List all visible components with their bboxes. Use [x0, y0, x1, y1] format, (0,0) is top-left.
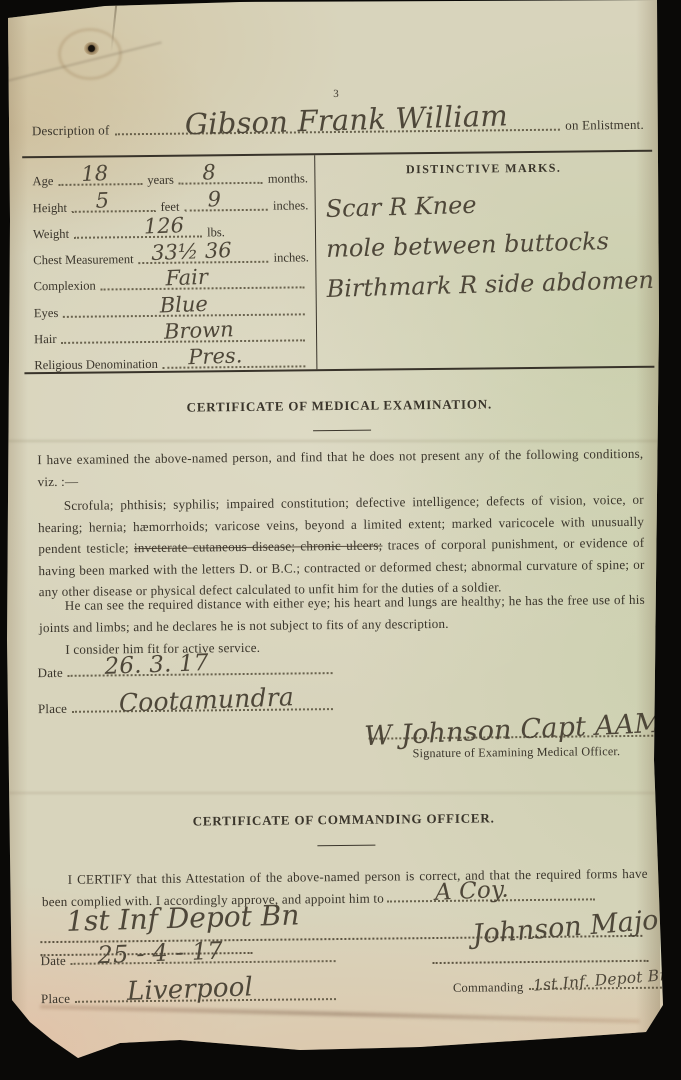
- field-unit: months.: [268, 172, 308, 187]
- signature-line: W Johnson Capt AAMC: [368, 735, 664, 740]
- enlistment-label: on Enlistment.: [565, 117, 644, 134]
- field-label: Eyes: [34, 306, 59, 321]
- field-value-handwritten: 9: [207, 189, 221, 210]
- unit-value-handwritten: 1st Inf Depot Bn: [66, 901, 300, 936]
- date-line: 26. 3. 17: [68, 672, 333, 677]
- title-rule: [317, 845, 375, 847]
- description-table: Age 18 years 8 months. Height 5 feet 9 i…: [22, 150, 654, 375]
- field-label: Height: [33, 200, 67, 215]
- field-unit: feet: [160, 199, 179, 214]
- medical-place-row: Place Cootamundra: [38, 698, 338, 717]
- commanding-line: 1st Inf. Depot Bn: [528, 987, 661, 990]
- medical-date-row: Date 26. 3. 17: [38, 662, 338, 681]
- field-label: Complexion: [33, 279, 95, 295]
- examining-officer-block: W Johnson Capt AAMC Signature of Examini…: [368, 697, 665, 762]
- conditions-struck-text: inveterate cutaneous disease; chronic ul…: [134, 538, 383, 556]
- scanned-document: 3 Description of Gibson Frank William on…: [0, 0, 681, 1080]
- field-value-handwritten: 18: [81, 163, 108, 185]
- page-number: 3: [0, 84, 677, 103]
- commanding-label: Commanding: [453, 980, 524, 996]
- field-value-handwritten: Pres.: [188, 346, 243, 369]
- field-line: Blue: [63, 313, 304, 318]
- field-line: Pres.: [163, 366, 305, 369]
- date-value-handwritten: 26. 3. 17: [105, 652, 210, 679]
- field-label: Age: [32, 174, 53, 189]
- field-line: 8: [179, 182, 263, 185]
- field-value-handwritten: Blue: [159, 294, 208, 317]
- field-line: 33½ 36: [139, 261, 269, 264]
- date-value-handwritten: 25 - 4 - 17: [97, 939, 223, 968]
- medical-health-paragraph: He can see the required distance with ei…: [39, 589, 645, 638]
- place-line: Liverpool: [75, 998, 336, 1003]
- commanding-signature-line: [433, 960, 649, 964]
- paper-page: 3 Description of Gibson Frank William on…: [0, 0, 681, 1080]
- field-line: Brown: [62, 339, 305, 344]
- appoint-value-handwritten: A Coy.: [409, 878, 510, 906]
- commanding-date-row: Date 25 - 4 - 17: [41, 950, 341, 969]
- place-label: Place: [41, 991, 70, 1007]
- date-label: Date: [41, 953, 67, 969]
- medical-conditions-paragraph: Scrofula; phthisis; syphilis; impaired c…: [38, 489, 645, 603]
- field-line: 126: [74, 235, 202, 238]
- field-line: 5: [72, 210, 156, 213]
- commanding-place-row: Place Liverpool: [41, 988, 341, 1007]
- description-line: Gibson Frank William: [114, 129, 560, 136]
- field-row-religion: Religious Denomination Pres.: [34, 346, 310, 375]
- field-row-age: Age 18 years 8 months.: [32, 162, 308, 191]
- description-label: Description of: [32, 122, 110, 139]
- field-label: Hair: [34, 332, 57, 347]
- field-value-handwritten: 5: [95, 190, 109, 211]
- title-rule: [313, 430, 371, 432]
- place-value-handwritten: Cootamundra: [119, 684, 295, 715]
- description-row: Description of Gibson Frank William on E…: [32, 117, 644, 141]
- commanding-officer-signature-handwritten: Johnson Major: [472, 906, 673, 949]
- field-label: Chest Measurement: [33, 252, 134, 268]
- field-value-handwritten: 8: [202, 162, 216, 183]
- distinctive-marks-panel: DISTINCTIVE MARKS. Scar R Knee mole betw…: [314, 152, 655, 370]
- medical-intro-paragraph: I have examined the above-named person, …: [37, 443, 643, 492]
- distinctive-mark-handwritten: mole between buttocks: [325, 228, 653, 261]
- medical-certificate-title: CERTIFICATE OF MEDICAL EXAMINATION.: [0, 394, 680, 417]
- recruit-name-handwritten: Gibson Frank William: [184, 101, 508, 139]
- field-line: 9: [184, 208, 268, 211]
- commanding-certificate-title: CERTIFICATE OF COMMANDING OFFICER.: [3, 808, 681, 831]
- commanding-row: Commanding 1st Inf. Depot Bn: [453, 979, 667, 996]
- place-label: Place: [38, 701, 67, 717]
- field-label: Religious Denomination: [34, 357, 158, 373]
- page-content: 3 Description of Gibson Frank William on…: [0, 0, 681, 1080]
- field-line: Fair: [101, 287, 304, 291]
- field-unit: years: [147, 173, 174, 188]
- field-unit: inches.: [273, 198, 308, 213]
- field-label: Weight: [33, 227, 69, 242]
- field-unit: inches.: [273, 250, 308, 265]
- appoint-line: A Coy.: [387, 898, 595, 902]
- commanding-unit-handwritten: 1st Inf. Depot Bn: [532, 967, 670, 993]
- distinctive-mark-handwritten: Scar R Knee: [325, 188, 653, 221]
- field-value-handwritten: Fair: [165, 267, 208, 290]
- distinctive-marks-title: DISTINCTIVE MARKS.: [315, 160, 653, 179]
- field-line: 18: [58, 183, 142, 186]
- description-fields: Age 18 years 8 months. Height 5 feet 9 i…: [22, 155, 316, 372]
- field-value-handwritten: 33½ 36: [151, 240, 232, 264]
- date-line: 25 - 4 - 17: [71, 960, 336, 965]
- field-row-hair: Hair Brown: [34, 320, 310, 349]
- field-value-handwritten: 126: [144, 215, 185, 237]
- field-value-handwritten: Brown: [163, 319, 233, 343]
- distinctive-mark-handwritten: Birthmark R side abdomen: [326, 268, 654, 301]
- place-value-handwritten: Liverpool: [127, 974, 254, 1005]
- place-line: Cootamundra: [72, 708, 333, 713]
- date-label: Date: [38, 665, 64, 681]
